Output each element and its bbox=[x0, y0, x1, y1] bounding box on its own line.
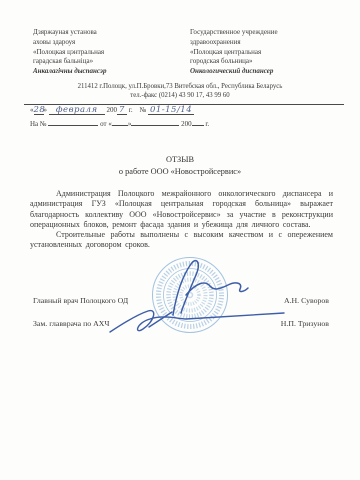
blank-field bbox=[48, 116, 98, 126]
blank-field bbox=[192, 116, 204, 126]
handwritten-doc-number: 01-15/14 bbox=[150, 105, 192, 115]
phone-fax: тел.-факс (0214) 43 90 17, 43 99 60 bbox=[0, 92, 360, 101]
signature-suvorov-icon bbox=[173, 261, 248, 315]
reply-year-prefix: 200 bbox=[181, 120, 192, 128]
reply-prefix: На № bbox=[30, 120, 47, 128]
blank-field bbox=[131, 116, 179, 126]
scanned-letter-page: Дзяржауная установа аховы здароуя «Полоц… bbox=[0, 0, 360, 480]
signer-position: Главный врач Полоцкого ОД bbox=[33, 296, 128, 305]
letter-body: Администрация Полоцкого межрайонного онк… bbox=[30, 189, 333, 250]
year-word: г. bbox=[129, 106, 133, 114]
document-title-block: ОТЗЫВ о работе ООО «Новостройсервис» bbox=[0, 154, 360, 177]
org-name-line: «Полоцкая цэнтральная bbox=[33, 48, 183, 58]
signer-name: Н.П. Тризунов bbox=[281, 319, 329, 328]
org-name-line: гарадская бальніца» bbox=[33, 57, 183, 67]
department-name: Анкалагічны дыспансэр bbox=[33, 67, 183, 77]
org-name-line: аховы здароуя bbox=[33, 38, 183, 48]
reply-reference-line: На № от «» 200 г. bbox=[0, 116, 360, 130]
handwritten-year-digit: 7 bbox=[119, 105, 125, 115]
org-name-line: «Полоцкая центральная bbox=[190, 48, 342, 58]
letterhead-right-russian: Государственное учреждение здравоохранен… bbox=[190, 28, 342, 77]
handwritten-month: февраля bbox=[56, 105, 98, 115]
letterhead: Дзяржауная установа аховы здароуя «Полоц… bbox=[0, 0, 360, 77]
org-name-line: городская больница» bbox=[190, 57, 342, 67]
body-paragraph: Администрация Полоцкого межрайонного онк… bbox=[30, 189, 333, 230]
reply-year-word: г. bbox=[205, 120, 209, 128]
org-name-line: Дзяржауная установа bbox=[33, 28, 183, 38]
department-name: Онкологический диспансер bbox=[190, 67, 342, 77]
number-label: № bbox=[140, 106, 147, 114]
blank-field bbox=[112, 116, 128, 126]
signature-block: Главный врач Полоцкого ОД А.Н. Суворов З… bbox=[0, 266, 360, 396]
org-name-line: Государственное учреждение bbox=[190, 28, 342, 38]
postal-address: 211412 г.Полоцк, ул.П.Бровки,73 Витебска… bbox=[0, 83, 360, 92]
year-prefix: 200 bbox=[107, 106, 118, 114]
signature-row: Главный врач Полоцкого ОД А.Н. Суворов bbox=[33, 296, 329, 305]
document-subtitle: о работе ООО «Новостройсервис» bbox=[0, 166, 360, 178]
address-block: 211412 г.Полоцк, ул.П.Бровки,73 Витебска… bbox=[0, 83, 360, 100]
letterhead-left-belarusian: Дзяржауная установа аховы здароуя «Полоц… bbox=[33, 28, 183, 77]
signature-row: Зам. главврача по АХЧ Н.П. Тризунов bbox=[33, 319, 329, 328]
signer-name: А.Н. Суворов bbox=[284, 296, 329, 305]
date-number-line: «28» февраля 2007 г. № 01-15/14 bbox=[0, 105, 360, 116]
org-name-line: здравоохранения bbox=[190, 38, 342, 48]
body-paragraph: Строительные работы выполнены с высоким … bbox=[30, 230, 333, 250]
reply-from: от bbox=[100, 120, 106, 128]
quote-mark: » bbox=[44, 106, 48, 114]
document-title: ОТЗЫВ bbox=[0, 154, 360, 166]
signer-position: Зам. главврача по АХЧ bbox=[33, 319, 109, 328]
